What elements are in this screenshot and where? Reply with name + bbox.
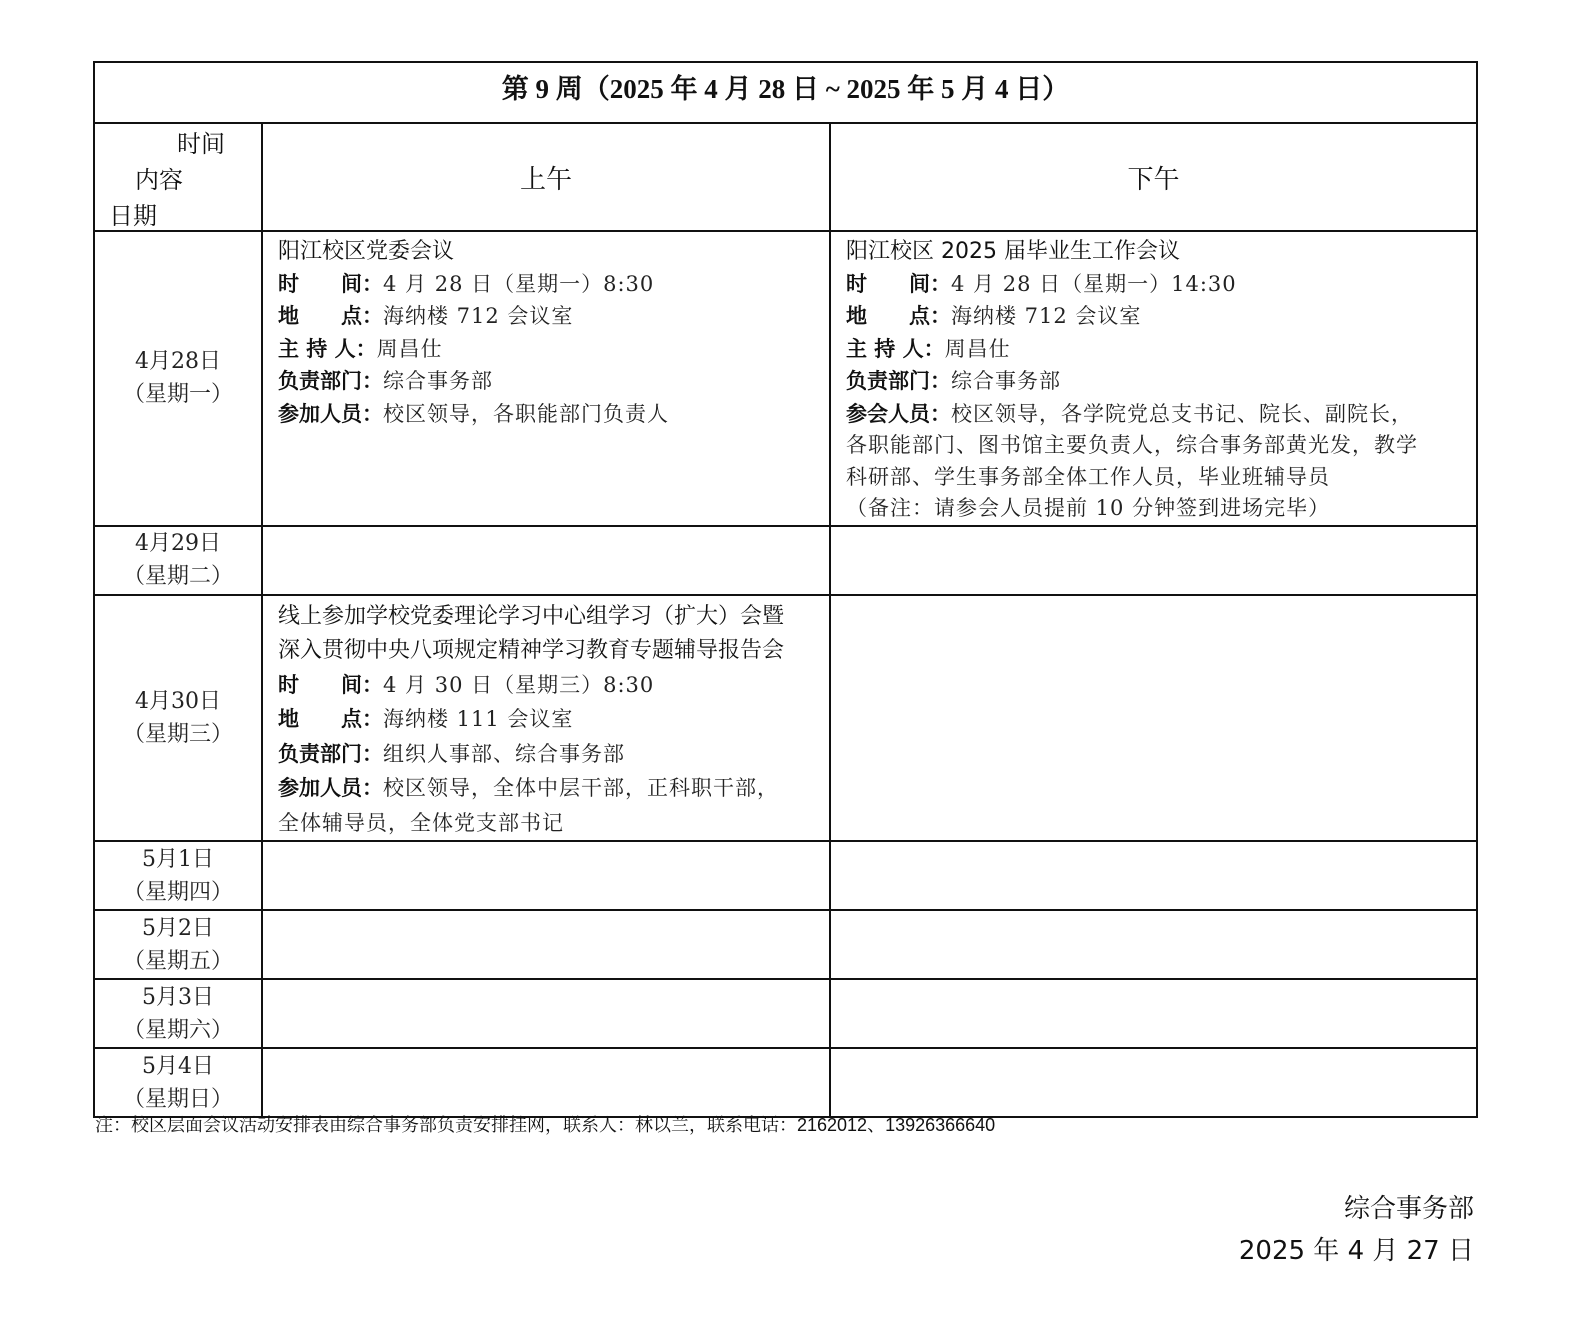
afternoon-event-empty — [830, 979, 1477, 1048]
header-afternoon: 下午 — [830, 123, 1477, 231]
event-attendees-cont: 全体辅导员，全体党支部书记 — [278, 806, 819, 841]
header-date-label: 日期 — [109, 198, 157, 235]
event-attendees-cont: 各职能部门、图书馆主要负责人，综合事务部黄光发，教学 — [846, 430, 1466, 462]
weekday-label: （星期五） — [95, 945, 261, 978]
event-time: 时 间：4 月 28 日（星期一）8:30 — [278, 268, 819, 301]
diagonal-header-cell: 时间 内容 日期 — [94, 123, 262, 231]
morning-event-empty — [262, 526, 830, 595]
morning-event: 线上参加学校党委理论学习中心组学习（扩大）会暨 深入贯彻中央八项规定精神学习教育… — [262, 595, 830, 842]
event-title-line: 深入贯彻中央八项规定精神学习教育专题辅导报告会 — [278, 634, 819, 668]
table-row: 5月3日 （星期六） — [94, 979, 1477, 1048]
date-label: 4月28日 — [95, 345, 261, 378]
event-title: 阳江校区 2025 届毕业生工作会议 — [846, 236, 1466, 268]
event-attendees: 参加人员：校区领导，全体中层干部，正科职干部， — [278, 771, 819, 806]
date-cell: 4月28日 （星期一） — [94, 231, 262, 526]
event-department: 负责部门：综合事务部 — [846, 365, 1466, 398]
event-attendees: 参加人员：校区领导，各职能部门负责人 — [278, 398, 819, 431]
date-cell: 5月3日 （星期六） — [94, 979, 262, 1048]
event-time: 时 间：4 月 28 日（星期一）14:30 — [846, 268, 1466, 301]
header-morning: 上午 — [262, 123, 830, 231]
table-row: 4月30日 （星期三） 线上参加学校党委理论学习中心组学习（扩大）会暨 深入贯彻… — [94, 595, 1477, 842]
weekday-label: （星期六） — [95, 1014, 261, 1047]
event-note: （备注：请参会人员提前 10 分钟签到进场完毕） — [846, 493, 1466, 525]
weekday-label: （星期三） — [95, 718, 261, 751]
date-cell: 4月30日 （星期三） — [94, 595, 262, 842]
event-title-line: 线上参加学校党委理论学习中心组学习（扩大）会暨 — [278, 600, 819, 634]
event-department: 负责部门：综合事务部 — [278, 365, 819, 398]
date-label: 4月29日 — [95, 527, 261, 560]
afternoon-event-empty — [830, 1048, 1477, 1117]
event-location: 地 点：海纳楼 712 会议室 — [278, 300, 819, 333]
event-time: 时 间：4 月 30 日（星期三）8:30 — [278, 668, 819, 703]
date-label: 5月4日 — [95, 1050, 261, 1083]
date-cell: 5月1日 （星期四） — [94, 841, 262, 910]
table-row: 4月29日 （星期二） — [94, 526, 1477, 595]
afternoon-event-empty — [830, 526, 1477, 595]
afternoon-event: 阳江校区 2025 届毕业生工作会议 时 间：4 月 28 日（星期一）14:3… — [830, 231, 1477, 526]
header-row: 时间 内容 日期 上午 下午 — [94, 123, 1477, 231]
date-cell: 4月29日 （星期二） — [94, 526, 262, 595]
table-row: 5月2日 （星期五） — [94, 910, 1477, 979]
date-cell: 5月2日 （星期五） — [94, 910, 262, 979]
schedule-table: 第 9 周（2025 年 4 月 28 日 ~ 2025 年 5 月 4 日） … — [93, 61, 1478, 1118]
event-host: 主 持 人：周昌仕 — [278, 333, 819, 366]
event-attendees: 参会人员：校区领导，各学院党总支书记、院长、副院长， — [846, 398, 1466, 431]
header-content-label: 内容 — [135, 162, 183, 199]
date-cell: 5月4日 （星期日） — [94, 1048, 262, 1117]
morning-event-empty — [262, 1048, 830, 1117]
weekday-label: （星期一） — [95, 378, 261, 411]
afternoon-event-empty — [830, 595, 1477, 842]
morning-event-empty — [262, 841, 830, 910]
afternoon-event-empty — [830, 841, 1477, 910]
date-label: 4月30日 — [95, 685, 261, 718]
date-label: 5月2日 — [95, 912, 261, 945]
table-title: 第 9 周（2025 年 4 月 28 日 ~ 2025 年 5 月 4 日） — [94, 62, 1477, 123]
morning-event: 阳江校区党委会议 时 间：4 月 28 日（星期一）8:30 地 点：海纳楼 7… — [262, 231, 830, 526]
event-attendees-cont: 科研部、学生事务部全体工作人员，毕业班辅导员 — [846, 462, 1466, 494]
weekday-label: （星期二） — [95, 560, 261, 593]
signature-date: 2025 年 4 月 27 日 — [1239, 1230, 1474, 1267]
date-label: 5月3日 — [95, 981, 261, 1014]
event-title: 阳江校区党委会议 — [278, 236, 819, 268]
event-location: 地 点：海纳楼 111 会议室 — [278, 702, 819, 737]
date-label: 5月1日 — [95, 843, 261, 876]
header-time-label: 时间 — [177, 126, 225, 163]
table-row: 5月4日 （星期日） — [94, 1048, 1477, 1117]
morning-event-empty — [262, 979, 830, 1048]
table-row: 5月1日 （星期四） — [94, 841, 1477, 910]
event-host: 主 持 人：周昌仕 — [846, 333, 1466, 366]
footnote: 注：校区层面会议活动安排表由综合事务部负责安排挂网，联系人：林以兰，联系电话：2… — [95, 1111, 995, 1137]
event-department: 负责部门：组织人事部、综合事务部 — [278, 737, 819, 772]
weekday-label: （星期四） — [95, 876, 261, 909]
table-row: 4月28日 （星期一） 阳江校区党委会议 时 间：4 月 28 日（星期一）8:… — [94, 231, 1477, 526]
morning-event-empty — [262, 910, 830, 979]
signature-org: 综合事务部 — [1344, 1188, 1474, 1225]
event-location: 地 点：海纳楼 712 会议室 — [846, 300, 1466, 333]
afternoon-event-empty — [830, 910, 1477, 979]
